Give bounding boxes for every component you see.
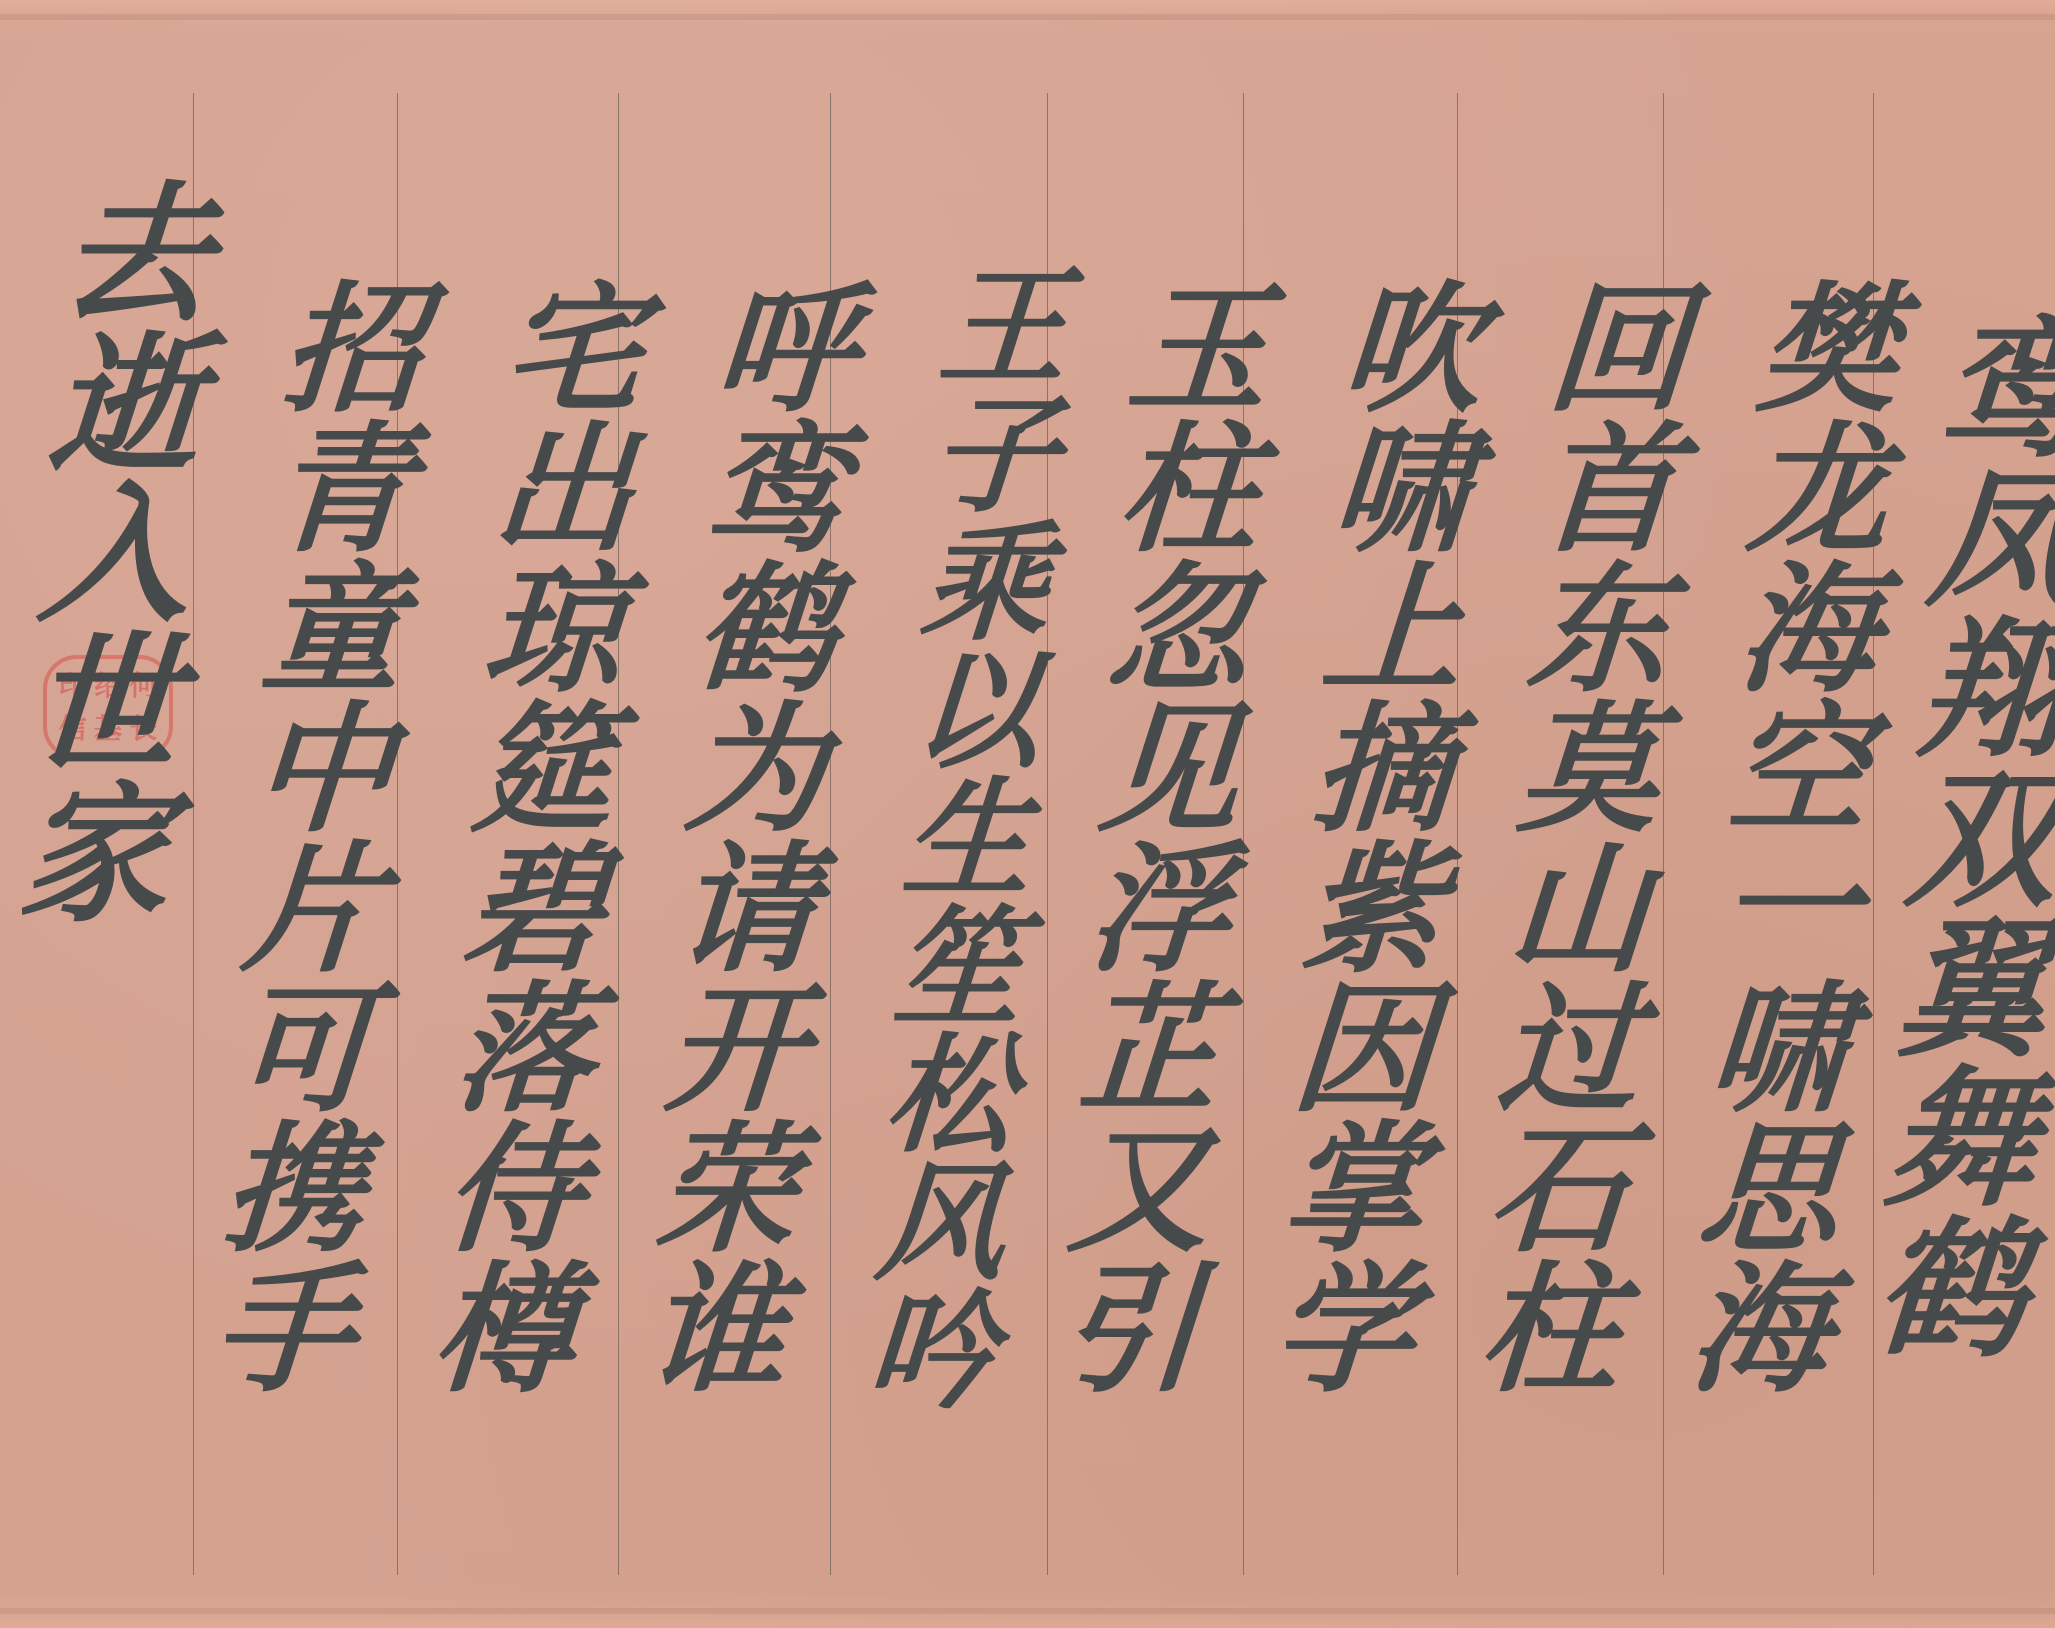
calligraphy-column-5: 玉柱忽见浮芷又引 — [1052, 100, 1238, 1570]
calligraphy-column-1: 鸾凤翔双翼舞鹤 — [1880, 100, 2055, 1570]
calligraphy-column-4: 吹啸上摘紫因掌学 — [1248, 100, 1452, 1570]
calligraphy-column-2: 樊龙海空一啸思海 — [1668, 100, 1868, 1570]
scroll-top-edge — [0, 14, 2055, 20]
calligraphy-column-6: 王子乘以生笙松风吟 — [835, 100, 1042, 1570]
scroll-bottom-edge — [0, 1608, 2055, 1614]
calligraphy-column-8: 宅出琼筵碧落侍樽 — [402, 100, 613, 1570]
calligraphy-column-9: 招青童中片可携手 — [198, 100, 392, 1570]
calligraphy-column-3: 回首东莫山过石柱 — [1462, 100, 1658, 1570]
calligraphy-column-7: 呼鸾鹤为请开荣谁 — [623, 100, 825, 1570]
glyph: 去逝入世家 — [0, 100, 219, 1000]
calligraphy-column-10: 去逝入世家 — [0, 100, 188, 1570]
